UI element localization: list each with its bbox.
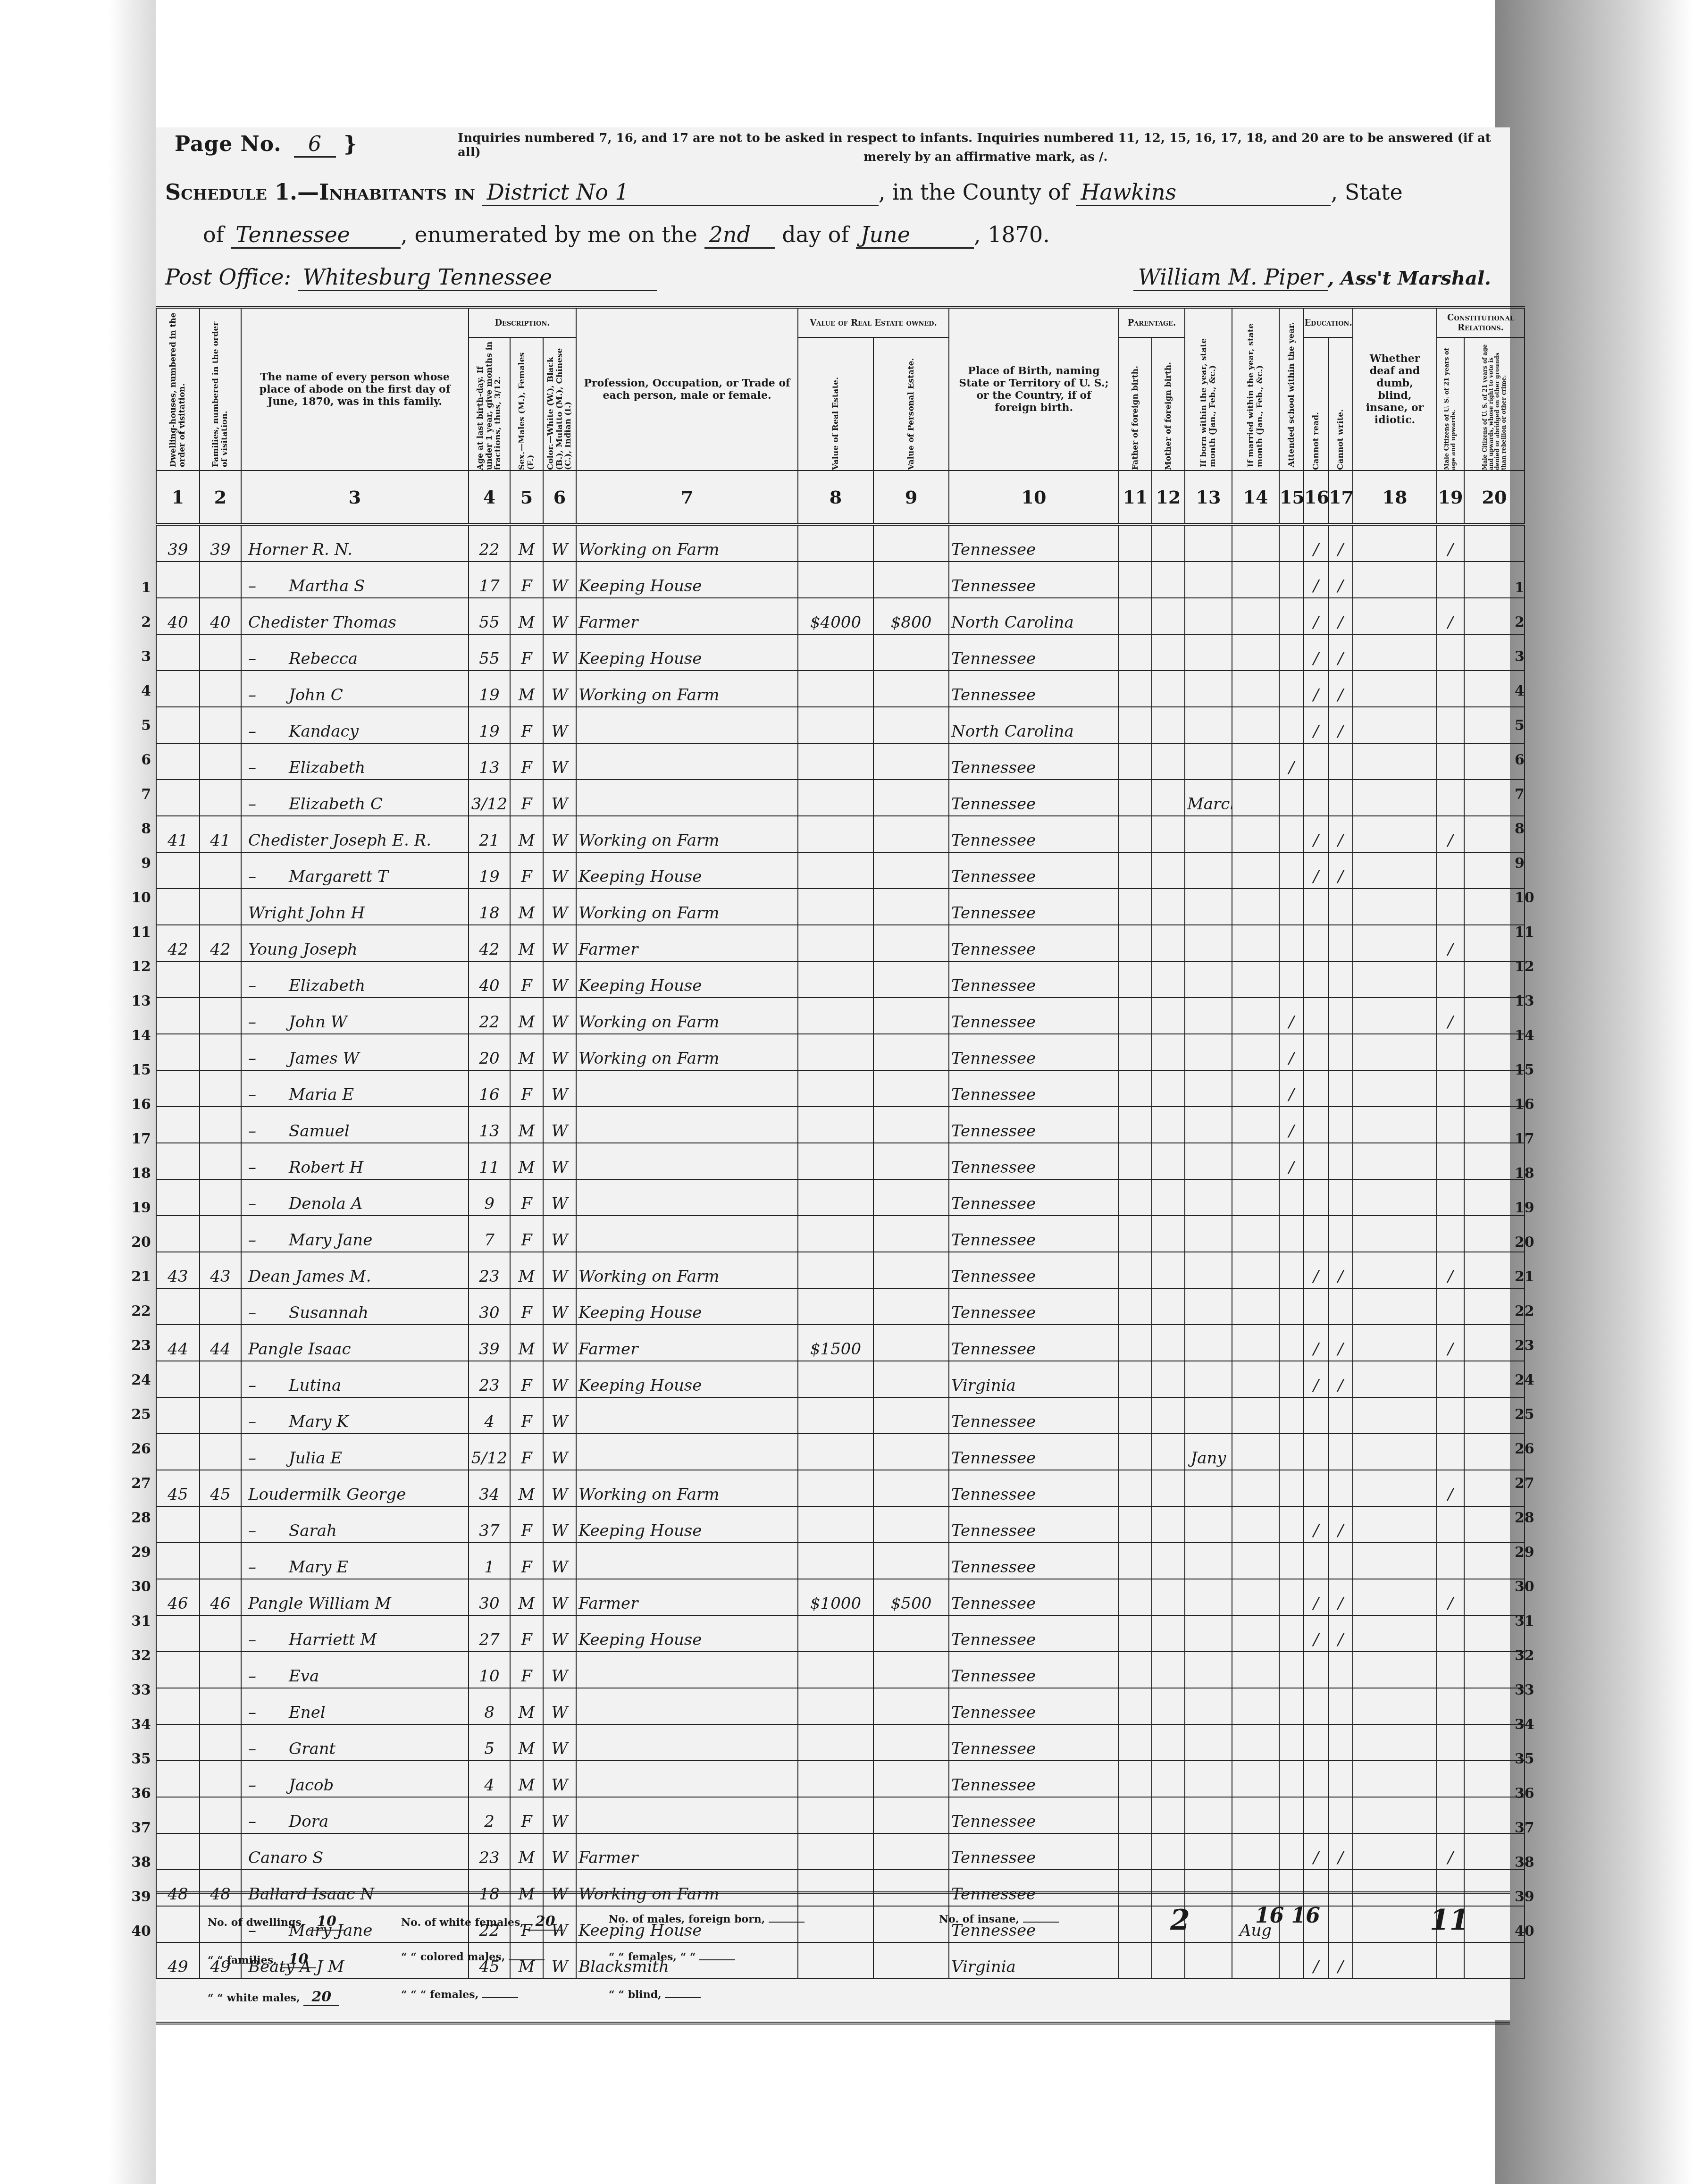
line-number: 18 xyxy=(127,1165,151,1182)
colored-females-total: “ “ “ females, xyxy=(401,1989,518,2001)
cell-mother-foreign xyxy=(1152,598,1185,634)
cell-male-citizen-21 xyxy=(1437,562,1464,598)
cell-dwelling-number xyxy=(156,1179,200,1216)
cell-mother-foreign xyxy=(1152,1833,1185,1870)
constitutional-group: Constitutional Relations. xyxy=(1437,307,1525,337)
cell-color: W xyxy=(543,780,576,816)
line-number: 28 xyxy=(1515,1510,1538,1526)
cell-male-citizen-21 xyxy=(1437,780,1464,816)
cell-person-name: –Martha S xyxy=(241,562,469,598)
cell-occupation: Keeping House xyxy=(576,852,798,889)
cell-cannot-read: / xyxy=(1304,562,1328,598)
cell-family-number xyxy=(200,1179,241,1216)
cell-cannot-write: / xyxy=(1328,634,1353,671)
col-14-header: If married within the year, state month … xyxy=(1232,307,1279,470)
cell-father-foreign xyxy=(1119,961,1152,998)
marshal-name: William M. Piper xyxy=(1133,264,1328,291)
cell-father-foreign xyxy=(1119,1615,1152,1652)
cell-personal-estate-value xyxy=(873,1724,949,1761)
line-number: 22 xyxy=(127,1303,151,1319)
line-number: 10 xyxy=(127,890,151,906)
page-label: Page No. xyxy=(175,132,282,156)
cell-dwelling-number xyxy=(156,1797,200,1833)
cell-color: W xyxy=(543,1579,576,1615)
cell-dwelling-number xyxy=(156,1615,200,1652)
cell-person-name: Canaro S xyxy=(241,1833,469,1870)
line-number: 16 xyxy=(127,1096,151,1113)
table-row: 4141Chedister Joseph E. R.21MWWorking on… xyxy=(156,816,1525,852)
cell-place-of-birth: Tennessee xyxy=(949,1070,1119,1107)
cell-person-name: Pangle Isaac xyxy=(241,1325,469,1361)
cell-color: W xyxy=(543,634,576,671)
same-surname-mark: – xyxy=(248,1812,260,1831)
cell-person-name: Chedister Joseph E. R. xyxy=(241,816,469,852)
cell-male-citizen-21 xyxy=(1437,634,1464,671)
same-surname-mark: – xyxy=(248,1630,260,1649)
cell-father-foreign xyxy=(1119,1434,1152,1470)
cell-place-of-birth: North Carolina xyxy=(949,598,1119,634)
line-number: 39 xyxy=(1515,1889,1538,1905)
cell-age: 19 xyxy=(469,852,510,889)
line-number: 2 xyxy=(1515,614,1538,630)
cell-sex: M xyxy=(510,1470,543,1506)
cell-deaf-blind-insane xyxy=(1353,961,1437,998)
cell-cannot-read xyxy=(1304,1652,1328,1688)
cell-dwelling-number: 39 xyxy=(156,524,200,562)
cell-personal-estate-value xyxy=(873,1434,949,1470)
col-4-header: Age at last birth-day. If under 1 year, … xyxy=(469,337,510,470)
cell-place-of-birth: Tennessee xyxy=(949,671,1119,707)
cell-male-citizen-21: / xyxy=(1437,816,1464,852)
cell-color: W xyxy=(543,1615,576,1652)
cell-sex: M xyxy=(510,1688,543,1724)
cell-born-within-year xyxy=(1185,1034,1232,1070)
table-row: –Sarah37FWKeeping HouseTennessee// xyxy=(156,1506,1525,1543)
cell-cannot-write xyxy=(1328,1434,1353,1470)
cell-color: W xyxy=(543,1179,576,1216)
blind-total: “ “ blind, xyxy=(609,1989,701,2001)
cell-sex: F xyxy=(510,961,543,998)
cell-cannot-read: / xyxy=(1304,634,1328,671)
line-number: 7 xyxy=(127,786,151,803)
cell-person-name: –Enel xyxy=(241,1688,469,1724)
cell-sex: M xyxy=(510,1252,543,1288)
cell-deaf-blind-insane xyxy=(1353,1107,1437,1143)
cell-family-number xyxy=(200,1688,241,1724)
cell-family-number xyxy=(200,707,241,743)
cell-occupation xyxy=(576,1797,798,1833)
cell-attended-school xyxy=(1279,1797,1304,1833)
same-surname-mark: – xyxy=(248,686,260,705)
table-row: 4242Young Joseph42MWFarmerTennessee/ xyxy=(156,925,1525,961)
cell-dwelling-number xyxy=(156,671,200,707)
cell-cannot-write: / xyxy=(1328,816,1353,852)
cell-color: W xyxy=(543,1724,576,1761)
line-number: 30 xyxy=(1515,1579,1538,1595)
cell-born-within-year xyxy=(1185,1361,1232,1397)
cell-born-within-year: March xyxy=(1185,780,1232,816)
cell-family-number xyxy=(200,1216,241,1252)
cell-deaf-blind-insane xyxy=(1353,998,1437,1034)
cell-male-citizen-21 xyxy=(1437,1216,1464,1252)
cell-cannot-read xyxy=(1304,1470,1328,1506)
person-name-text: Robert H xyxy=(289,1158,363,1177)
table-row: –Martha S17FWKeeping HouseTennessee// xyxy=(156,562,1525,598)
same-surname-mark: – xyxy=(248,722,260,741)
cell-born-within-year xyxy=(1185,816,1232,852)
cell-deaf-blind-insane xyxy=(1353,780,1437,816)
cell-personal-estate-value xyxy=(873,1179,949,1216)
line-number: 31 xyxy=(127,1613,151,1630)
cell-deaf-blind-insane xyxy=(1353,1688,1437,1724)
cell-born-within-year xyxy=(1185,707,1232,743)
cell-person-name: –John W xyxy=(241,998,469,1034)
cell-mother-foreign xyxy=(1152,998,1185,1034)
cell-occupation: Keeping House xyxy=(576,562,798,598)
cell-person-name: –Elizabeth xyxy=(241,961,469,998)
col-16-header: Cannot read. xyxy=(1304,337,1328,470)
cell-occupation xyxy=(576,1688,798,1724)
cell-dwelling-number xyxy=(156,1724,200,1761)
cell-family-number xyxy=(200,671,241,707)
cell-cannot-write xyxy=(1328,998,1353,1034)
cell-male-citizen-21: / xyxy=(1437,598,1464,634)
line-number: 40 xyxy=(127,1923,151,1940)
line-number: 8 xyxy=(127,821,151,837)
line-number: 9 xyxy=(127,855,151,872)
marshal-role: , Ass't Marshal. xyxy=(1328,267,1491,289)
cell-age: 34 xyxy=(469,1470,510,1506)
cell-person-name: Wright John H xyxy=(241,889,469,925)
cell-male-citizen-21 xyxy=(1437,707,1464,743)
person-name-text: Canaro S xyxy=(248,1848,323,1867)
cell-person-name: –Denola A xyxy=(241,1179,469,1216)
cell-cannot-write xyxy=(1328,1652,1353,1688)
cell-father-foreign xyxy=(1119,1397,1152,1434)
cell-age: 22 xyxy=(469,998,510,1034)
cell-person-name: –Margarett T xyxy=(241,852,469,889)
cell-personal-estate-value xyxy=(873,852,949,889)
cell-born-within-year: Jany xyxy=(1185,1434,1232,1470)
cell-occupation: Farmer xyxy=(576,1833,798,1870)
cell-male-citizen-21 xyxy=(1437,1615,1464,1652)
colored-males-total: “ “ colored males, xyxy=(401,1951,545,1963)
cell-attended-school xyxy=(1279,598,1304,634)
cell-place-of-birth: Tennessee xyxy=(949,743,1119,780)
cell-personal-estate-value xyxy=(873,816,949,852)
person-name-text: James W xyxy=(289,1049,359,1068)
cell-mother-foreign xyxy=(1152,1179,1185,1216)
cell-personal-estate-value xyxy=(873,998,949,1034)
cell-personal-estate-value xyxy=(873,889,949,925)
cell-color: W xyxy=(543,961,576,998)
cell-father-foreign xyxy=(1119,1797,1152,1833)
cell-cannot-read: / xyxy=(1304,524,1328,562)
cell-color: W xyxy=(543,1070,576,1107)
cell-color: W xyxy=(543,671,576,707)
cell-place-of-birth: Tennessee xyxy=(949,1179,1119,1216)
cell-attended-school xyxy=(1279,524,1304,562)
cell-mother-foreign xyxy=(1152,1034,1185,1070)
cell-married-within-year xyxy=(1232,1506,1279,1543)
cell-occupation xyxy=(576,1652,798,1688)
cell-cannot-read xyxy=(1304,1797,1328,1833)
cell-mother-foreign xyxy=(1152,1288,1185,1325)
cell-place-of-birth: Tennessee xyxy=(949,1434,1119,1470)
line-number: 19 xyxy=(127,1200,151,1216)
cell-sex: M xyxy=(510,598,543,634)
cell-age: 1 xyxy=(469,1543,510,1579)
cell-cannot-write: / xyxy=(1328,1506,1353,1543)
cell-occupation xyxy=(576,1216,798,1252)
cell-person-name: –John C xyxy=(241,671,469,707)
month-field: June xyxy=(856,222,974,249)
cell-attended-school xyxy=(1279,780,1304,816)
person-name-text: Chedister Thomas xyxy=(248,613,396,632)
cell-color: W xyxy=(543,1107,576,1143)
cell-personal-estate-value xyxy=(873,1107,949,1143)
cell-sex: F xyxy=(510,1434,543,1470)
cell-father-foreign xyxy=(1119,925,1152,961)
same-surname-mark: – xyxy=(248,1158,260,1177)
cell-occupation: Keeping House xyxy=(576,1288,798,1325)
cell-age: 23 xyxy=(469,1833,510,1870)
cell-cannot-read xyxy=(1304,998,1328,1034)
cell-cannot-read: / xyxy=(1304,816,1328,852)
cell-father-foreign xyxy=(1119,816,1152,852)
cell-personal-estate-value xyxy=(873,1506,949,1543)
cell-person-name: –Kandacy xyxy=(241,707,469,743)
cell-personal-estate-value xyxy=(873,1543,949,1579)
col-19-header: Male Citizens of U. S. of 21 years of ag… xyxy=(1437,337,1464,470)
cell-cannot-read xyxy=(1304,889,1328,925)
cell-married-within-year xyxy=(1232,1034,1279,1070)
cell-family-number xyxy=(200,1761,241,1797)
cell-age: 42 xyxy=(469,925,510,961)
same-surname-mark: – xyxy=(248,1376,260,1395)
cell-father-foreign xyxy=(1119,634,1152,671)
cell-family-number xyxy=(200,1070,241,1107)
cell-married-within-year xyxy=(1232,1470,1279,1506)
cell-place-of-birth: Tennessee xyxy=(949,852,1119,889)
page-number: Page No. 6 } xyxy=(175,132,358,156)
cell-person-name: Dean James M. xyxy=(241,1252,469,1288)
cell-deaf-blind-insane xyxy=(1353,1434,1437,1470)
cell-sex: F xyxy=(510,1216,543,1252)
cell-sex: M xyxy=(510,1724,543,1761)
cell-occupation: Farmer xyxy=(576,1325,798,1361)
person-name-text: Young Joseph xyxy=(248,940,358,959)
white-females-total: No. of white females, 20 xyxy=(401,1913,563,1931)
dwellings-total: No. of dwellings, 10 xyxy=(208,1913,344,1931)
cell-father-foreign xyxy=(1119,1470,1152,1506)
cell-age: 5 xyxy=(469,1724,510,1761)
cell-cannot-write: / xyxy=(1328,524,1353,562)
cell-age: 13 xyxy=(469,743,510,780)
cell-cannot-write: / xyxy=(1328,1615,1353,1652)
table-row: –Mary E1FWTennessee xyxy=(156,1543,1525,1579)
cell-age: 10 xyxy=(469,1652,510,1688)
cell-father-foreign xyxy=(1119,1724,1152,1761)
cell-cannot-write: / xyxy=(1328,562,1353,598)
cell-mother-foreign xyxy=(1152,1761,1185,1797)
cell-male-citizen-21 xyxy=(1437,1761,1464,1797)
cell-deaf-blind-insane xyxy=(1353,1652,1437,1688)
cell-family-number: 42 xyxy=(200,925,241,961)
cell-married-within-year xyxy=(1232,1107,1279,1143)
cell-sex: F xyxy=(510,1615,543,1652)
cell-color: W xyxy=(543,852,576,889)
cell-color: W xyxy=(543,1543,576,1579)
cell-sex: M xyxy=(510,524,543,562)
cell-cannot-read: / xyxy=(1304,1325,1328,1361)
cell-married-within-year xyxy=(1232,961,1279,998)
cell-family-number xyxy=(200,1434,241,1470)
cell-occupation: Keeping House xyxy=(576,1615,798,1652)
cell-color: W xyxy=(543,889,576,925)
cell-cannot-write xyxy=(1328,1216,1353,1252)
person-name-text: Grant xyxy=(289,1739,335,1758)
cell-occupation xyxy=(576,1143,798,1179)
cell-cannot-write xyxy=(1328,743,1353,780)
cell-age: 16 xyxy=(469,1070,510,1107)
line-number: 21 xyxy=(1515,1268,1538,1285)
cell-male-citizen-21 xyxy=(1437,1434,1464,1470)
same-surname-mark: – xyxy=(248,1231,260,1250)
cell-dwelling-number: 44 xyxy=(156,1325,200,1361)
table-row: –Margarett T19FWKeeping HouseTennessee// xyxy=(156,852,1525,889)
cell-place-of-birth: Tennessee xyxy=(949,1143,1119,1179)
cell-born-within-year xyxy=(1185,1397,1232,1434)
cell-attended-school xyxy=(1279,1434,1304,1470)
cell-place-of-birth: Tennessee xyxy=(949,889,1119,925)
cell-dwelling-number xyxy=(156,1761,200,1797)
line-number: 30 xyxy=(127,1579,151,1595)
cell-cannot-write: / xyxy=(1328,1325,1353,1361)
cell-attended-school xyxy=(1279,1579,1304,1615)
cell-father-foreign xyxy=(1119,671,1152,707)
same-surname-mark: – xyxy=(248,1303,260,1322)
cell-father-foreign xyxy=(1119,998,1152,1034)
person-name-text: Elizabeth C xyxy=(289,795,383,814)
line-number: 3 xyxy=(1515,648,1538,665)
cell-family-number xyxy=(200,961,241,998)
cell-place-of-birth: Tennessee xyxy=(949,961,1119,998)
cell-dwelling-number xyxy=(156,743,200,780)
cell-attended-school: / xyxy=(1279,743,1304,780)
cell-cannot-read: / xyxy=(1304,1579,1328,1615)
cell-place-of-birth: Tennessee xyxy=(949,816,1119,852)
person-name-text: Sarah xyxy=(289,1521,337,1540)
cell-age: 23 xyxy=(469,1361,510,1397)
cell-cannot-read: / xyxy=(1304,1506,1328,1543)
cell-father-foreign xyxy=(1119,1506,1152,1543)
cell-occupation: Working on Farm xyxy=(576,1034,798,1070)
cell-occupation xyxy=(576,1070,798,1107)
table-row: –Mary Jane7FWTennessee xyxy=(156,1216,1525,1252)
cell-deaf-blind-insane xyxy=(1353,671,1437,707)
cell-born-within-year xyxy=(1185,852,1232,889)
cell-place-of-birth: Tennessee xyxy=(949,1797,1119,1833)
cell-born-within-year xyxy=(1185,743,1232,780)
cell-color: W xyxy=(543,1506,576,1543)
cell-mother-foreign xyxy=(1152,780,1185,816)
cell-cannot-read xyxy=(1304,1543,1328,1579)
cell-person-name: –Mary Jane xyxy=(241,1216,469,1252)
cell-sex: F xyxy=(510,562,543,598)
line-number: 28 xyxy=(127,1510,151,1526)
same-surname-mark: – xyxy=(248,1776,260,1795)
cell-mother-foreign xyxy=(1152,1397,1185,1434)
cell-real-estate-value xyxy=(798,1034,873,1070)
table-row: 3939Horner R. N.22MWWorking on FarmTenne… xyxy=(156,524,1525,562)
cell-personal-estate-value xyxy=(873,634,949,671)
cell-vote-denied xyxy=(1464,524,1525,562)
cell-married-within-year xyxy=(1232,1833,1279,1870)
cell-person-name: –Elizabeth xyxy=(241,743,469,780)
cell-sex: F xyxy=(510,852,543,889)
cell-mother-foreign xyxy=(1152,816,1185,852)
cell-sex: M xyxy=(510,998,543,1034)
cell-place-of-birth: Tennessee xyxy=(949,1288,1119,1325)
cell-deaf-blind-insane xyxy=(1353,1506,1437,1543)
line-number: 33 xyxy=(127,1682,151,1698)
cell-mother-foreign xyxy=(1152,1216,1185,1252)
cell-real-estate-value xyxy=(798,1070,873,1107)
line-number: 24 xyxy=(1515,1372,1538,1388)
cell-deaf-blind-insane xyxy=(1353,852,1437,889)
cell-place-of-birth: Tennessee xyxy=(949,1761,1119,1797)
cell-personal-estate-value: $800 xyxy=(873,598,949,634)
cell-occupation xyxy=(576,1397,798,1434)
cell-dwelling-number: 43 xyxy=(156,1252,200,1288)
cell-personal-estate-value xyxy=(873,780,949,816)
cell-mother-foreign xyxy=(1152,1070,1185,1107)
cell-person-name: –Rebecca xyxy=(241,634,469,671)
cell-mother-foreign xyxy=(1152,889,1185,925)
cell-sex: M xyxy=(510,1833,543,1870)
cell-deaf-blind-insane xyxy=(1353,1797,1437,1833)
cell-color: W xyxy=(543,524,576,562)
cell-real-estate-value xyxy=(798,1761,873,1797)
cell-personal-estate-value xyxy=(873,707,949,743)
table-row: –Elizabeth13FWTennessee/ xyxy=(156,743,1525,780)
cell-mother-foreign xyxy=(1152,743,1185,780)
cell-dwelling-number xyxy=(156,1216,200,1252)
cell-family-number: 45 xyxy=(200,1470,241,1506)
col-5-header: Sex.—Males (M.), Females (F.) xyxy=(510,337,543,470)
females-foreign-total: “ “ females, “ “ xyxy=(609,1951,735,1963)
person-name-text: Horner R. N. xyxy=(248,540,352,559)
cell-male-citizen-21 xyxy=(1437,1143,1464,1179)
page-totals: No. of dwellings, 10 No. of white female… xyxy=(156,1891,1510,2024)
cell-cannot-write: / xyxy=(1328,1579,1353,1615)
cell-deaf-blind-insane xyxy=(1353,634,1437,671)
col-10-header: Place of Birth, naming State or Territor… xyxy=(949,307,1119,470)
cell-mother-foreign xyxy=(1152,1652,1185,1688)
county-field: Hawkins xyxy=(1076,179,1331,206)
cell-real-estate-value xyxy=(798,1397,873,1434)
cell-personal-estate-value xyxy=(873,925,949,961)
cell-attended-school xyxy=(1279,1325,1304,1361)
table-row: –John C19MWWorking on FarmTennessee// xyxy=(156,671,1525,707)
same-surname-mark: – xyxy=(248,1521,260,1540)
cell-sex: F xyxy=(510,1543,543,1579)
cell-married-within-year xyxy=(1232,1543,1279,1579)
cell-person-name: –Julia E xyxy=(241,1434,469,1470)
cell-male-citizen-21 xyxy=(1437,1506,1464,1543)
cell-personal-estate-value xyxy=(873,1761,949,1797)
